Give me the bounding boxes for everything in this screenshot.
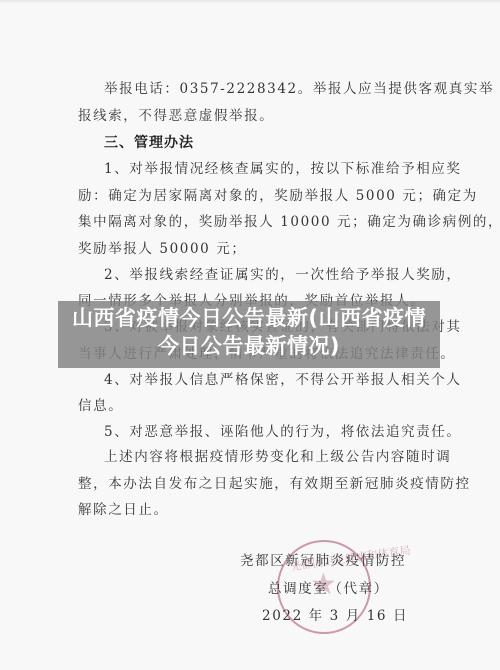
paragraph-line: 2、举报线索经查证属实的，一次性给予举报人奖励， (104, 266, 462, 284)
overlay-title-line-1: 山西省疫情今日公告最新(山西省疫情 (58, 304, 440, 332)
section-heading: 三、管理办法 (104, 134, 194, 152)
paragraph-line: 励：确定为居家隔离对象的，奖励举报人 5000 元；确定为 (78, 187, 478, 205)
overlay-title: 山西省疫情今日公告最新(山西省疫情 今日公告最新情况) (58, 304, 440, 360)
overlay-title-line-2: 今日公告最新情况) (58, 332, 440, 360)
paragraph-line: 上述内容将根据疫情形势变化和上级公告内容随时调 (104, 448, 451, 466)
paragraph-line: 5、对恶意举报、诬陷他人的行为，将依法追究责任。 (104, 423, 462, 441)
signature-date: 2022 年 3 月 16 日 (262, 607, 408, 625)
signature-org: 尧都区新冠肺炎疫情防控 (240, 552, 406, 570)
paragraph-line: 举报电话：0357-2228342。举报人应当提供客观真实举 (104, 80, 494, 98)
page-top-edge (0, 0, 500, 4)
paragraph-line: 信息。 (78, 397, 123, 415)
paragraph-line: 解除之日止。 (78, 501, 169, 519)
paragraph-line: 1、对举报情况经核查属实的，按以下标准给予相应奖 (104, 160, 462, 178)
paragraph-line: 4、对举报人信息严格保密，不得公开举报人相关个人 (104, 371, 462, 389)
paragraph-line: 整，本办法自发布之日起实施，有效期至新冠肺炎疫情防控 (78, 475, 471, 493)
signature-office: 总调度室（代章） (268, 580, 389, 598)
paragraph-line: 报线索，不得恶意虚假举报。 (78, 107, 274, 125)
paragraph-line: 集中隔离对象的，奖励举报人 10000 元；确定为确诊病例的， (78, 213, 500, 231)
paragraph-line: 奖励举报人 50000 元； (78, 240, 246, 258)
